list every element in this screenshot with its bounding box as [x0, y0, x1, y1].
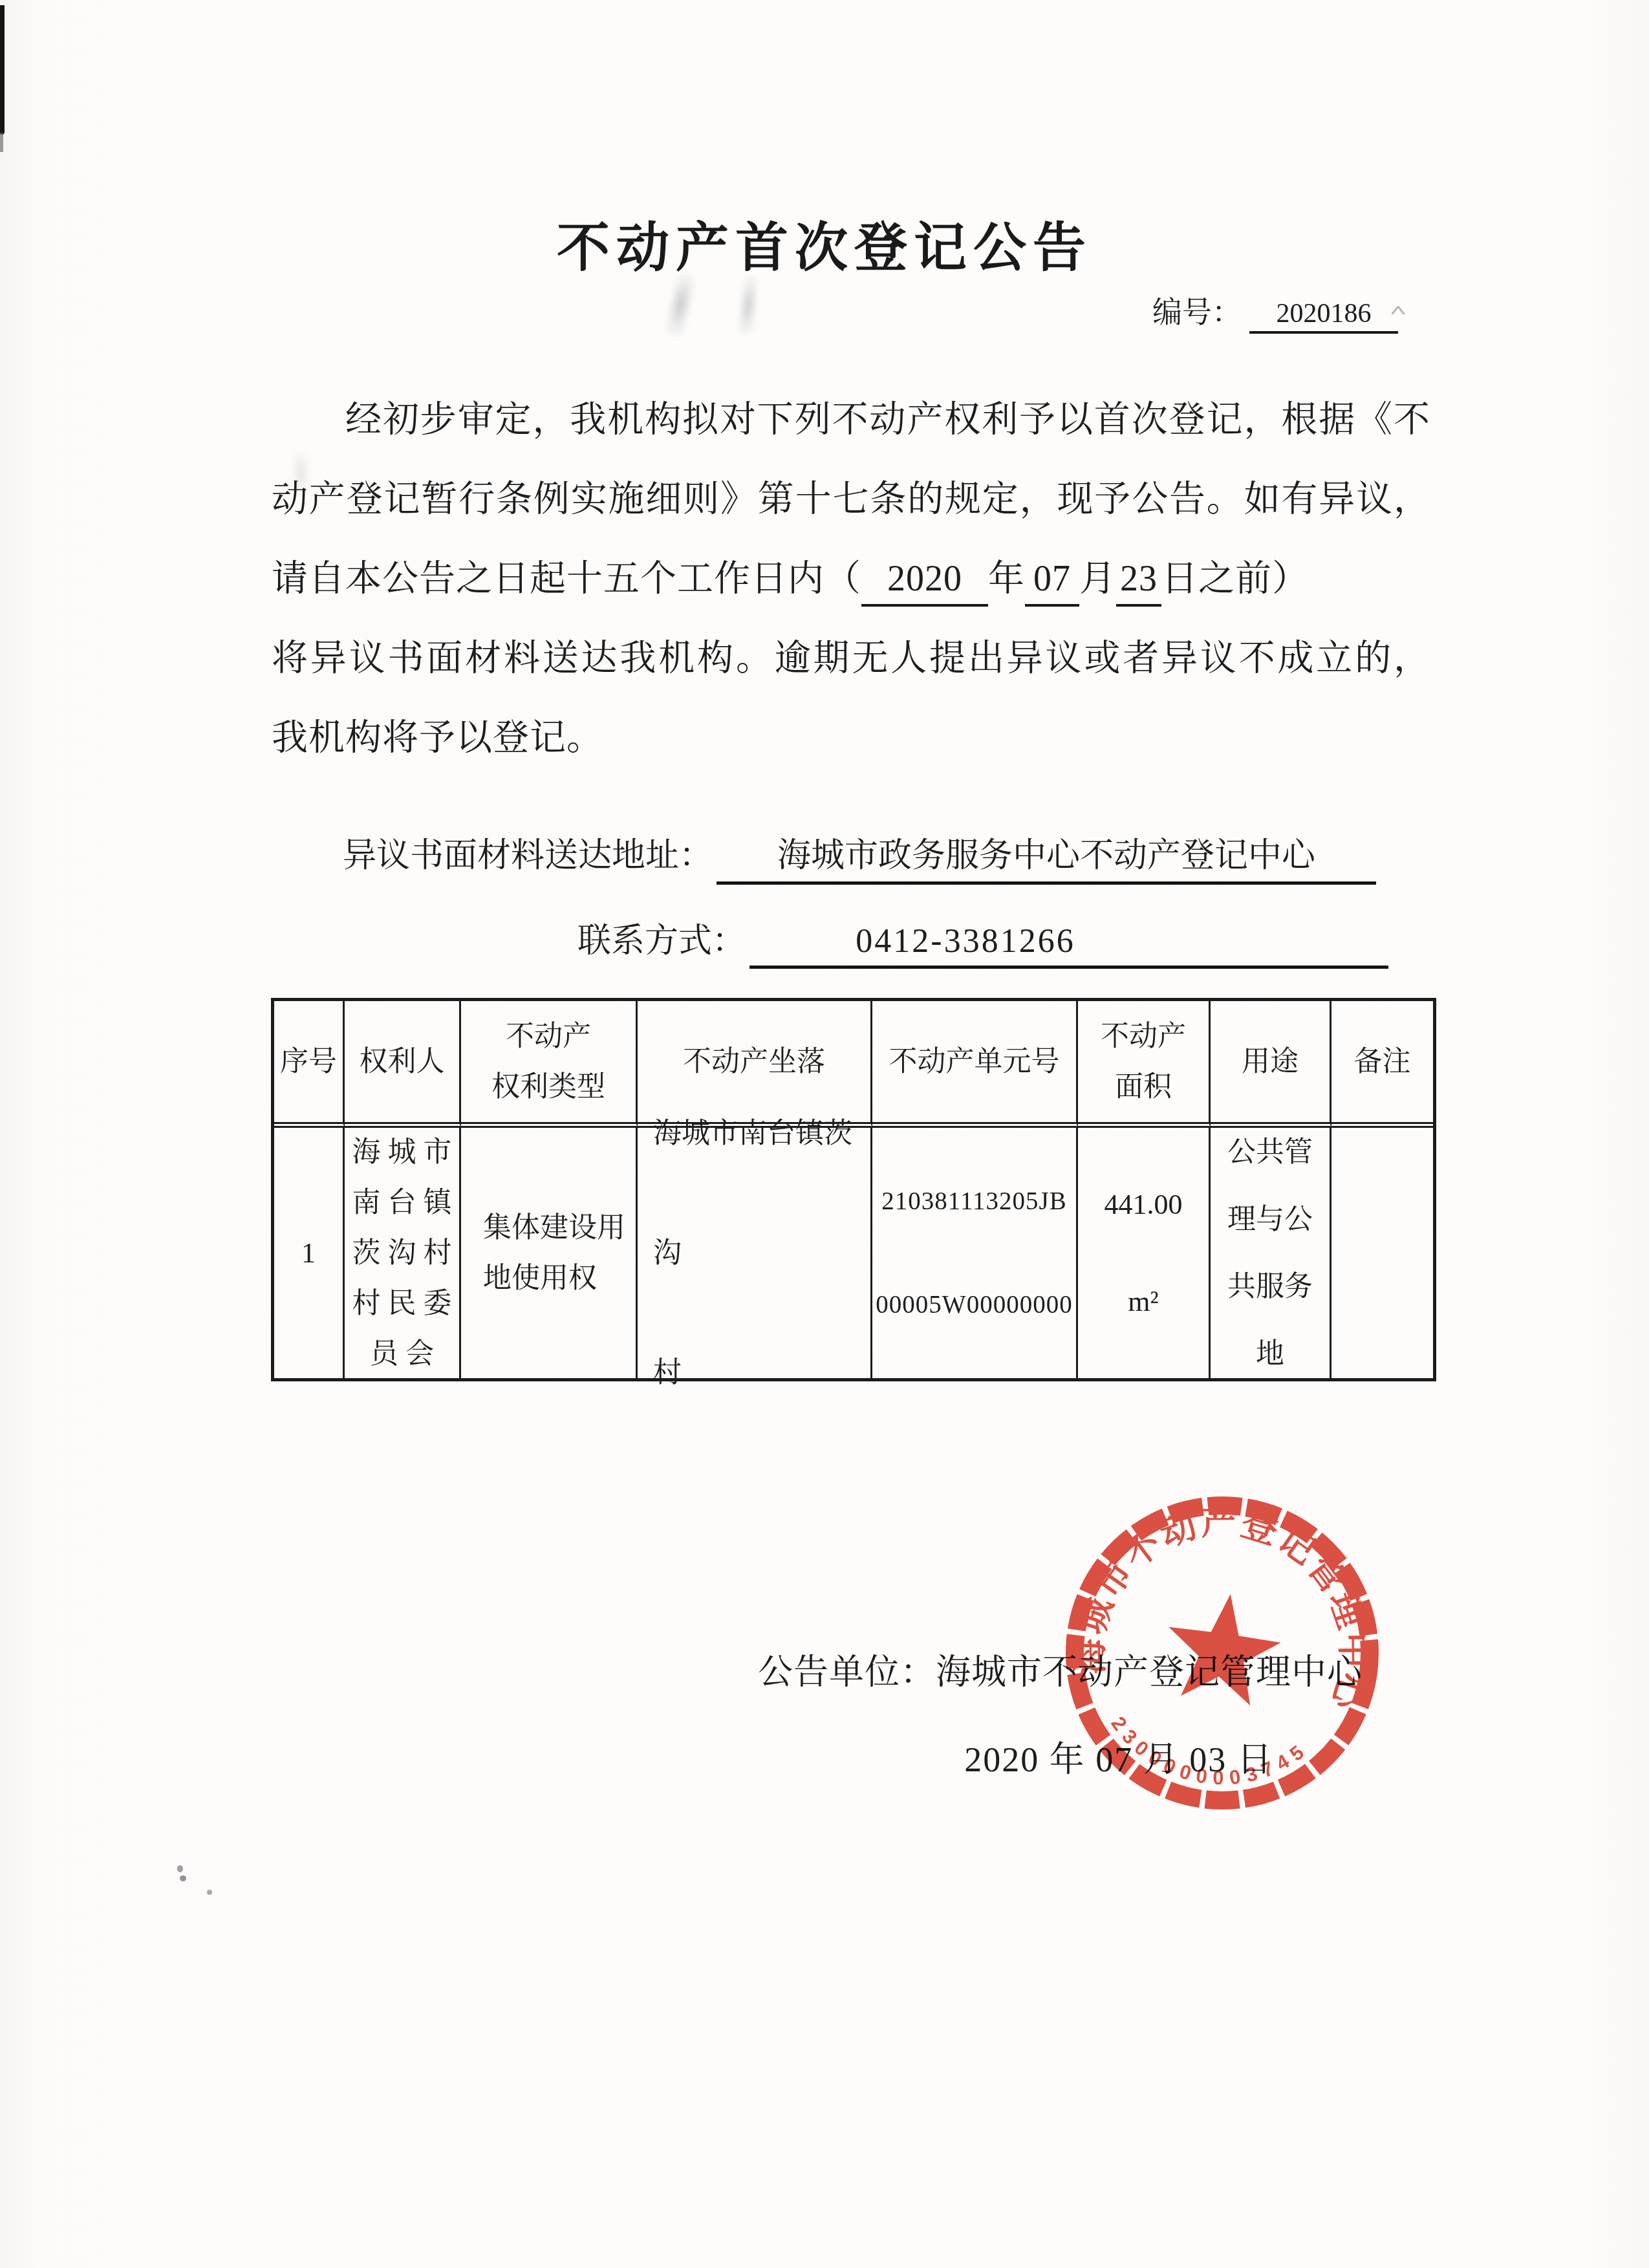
deadline-day-field: 23 — [1116, 555, 1161, 607]
col-header-remarks: 备注 — [1331, 1001, 1433, 1128]
col-header-usage: 用途 — [1211, 1001, 1331, 1128]
row1-right-type: 集体建设用 地使用权 — [461, 1128, 638, 1378]
row1-seq: 1 — [274, 1128, 345, 1378]
paragraph-line-3: 请自本公告之日起十五个工作日内（2020年07月23日之前） — [272, 555, 1430, 607]
row1-location: 海城市南台镇茨沟 村 — [638, 1128, 872, 1378]
deadline-month-field: 07 — [1025, 555, 1079, 607]
paragraph-line-4: 将异议书面材料送达我机构。逾期无人提出异议或者异议不成立的， — [272, 634, 1430, 682]
seal-star-icon — [1159, 1586, 1286, 1709]
dust-speck — [177, 1865, 183, 1872]
objection-address-label: 异议书面材料送达地址： — [343, 837, 713, 874]
objection-address-row: 异议书面材料送达地址：海城市政务服务中心不动产登记中心 — [343, 828, 1376, 885]
scanned-document-page: 不动产首次登记公告 编号：2020186 经初步审定，我机构拟对下列不动产权利予… — [0, 0, 1649, 2268]
paragraph-line-1: 经初步审定，我机构拟对下列不动产权利予以首次登记，根据《不 — [272, 396, 1430, 444]
page-title: 不动产首次登记公告 — [0, 206, 1649, 281]
deadline-suffix: 日之前） — [1161, 559, 1309, 599]
deadline-prefix: 请自本公告之日起十五个工作日内（ — [272, 559, 861, 599]
registration-table: 序号 权利人 不动产 权利类型 不动产坐落 不动产单元号 不动产 面积 用途 备… — [271, 998, 1436, 1381]
row1-remarks — [1331, 1128, 1433, 1378]
issuing-unit-label: 公告单位： — [758, 1653, 936, 1692]
year-unit: 年 — [988, 559, 1025, 599]
col-header-area: 不动产 面积 — [1078, 1001, 1211, 1128]
col-header-rights-holder: 权利人 — [345, 1001, 461, 1128]
dust-speck — [180, 1875, 186, 1881]
month-unit: 月 — [1079, 559, 1116, 599]
contact-value: 0412-3381266 — [749, 922, 1388, 969]
contact-row: 联系方式：0412-3381266 — [577, 913, 1388, 969]
dust-speck — [207, 1890, 212, 1895]
official-seal-stamp: 海城市不动产登记管理中心 2300000003745 — [1035, 1465, 1410, 1841]
paragraph-line-5: 我机构将予以登记。 — [272, 714, 1430, 762]
col-header-right-type: 不动产 权利类型 — [461, 1001, 638, 1128]
contact-label: 联系方式： — [577, 923, 746, 960]
pencil-smudge — [737, 276, 759, 334]
row1-unit-number: 210381113205JB 00005W00000000 — [872, 1128, 1078, 1378]
doc-number-label: 编号： — [1152, 296, 1242, 329]
paragraph-line-2: 动产登记暂行条例实施细则》第十七条的规定，现予公告。如有异议， — [272, 475, 1430, 523]
row1-area: 441.00 m² — [1078, 1128, 1211, 1378]
doc-number-row: 编号：2020186 — [1152, 288, 1398, 334]
col-header-seq: 序号 — [274, 1001, 345, 1128]
scan-edge-artifact-tail — [0, 133, 3, 152]
doc-number-value: 2020186 — [1249, 299, 1398, 334]
col-header-unit-number: 不动产单元号 — [872, 1001, 1078, 1128]
scan-edge-artifact — [0, 5, 5, 135]
objection-address-value: 海城市政务服务中心不动产登记中心 — [717, 828, 1376, 885]
pencil-smudge — [664, 273, 697, 337]
row1-rights-holder: 海 城 市 南 台 镇 茨 沟 村 村 民 委 员 会 — [345, 1128, 461, 1378]
deadline-year-field: 2020 — [861, 555, 988, 607]
row1-usage: 公共管 理与公 共服务 地 — [1211, 1128, 1331, 1378]
